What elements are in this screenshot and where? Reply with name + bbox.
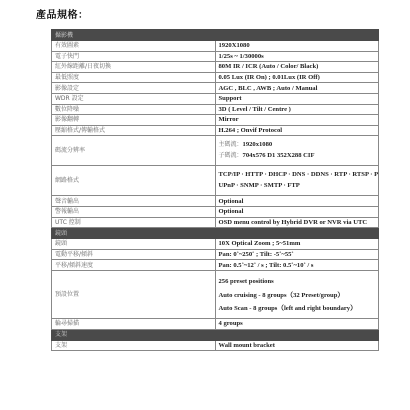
main-stream-line: 主碼流：1920x1080 xyxy=(219,140,376,151)
table-row: 碼流分辨率 主碼流：1920x1080 子碼流：704x576 D1 352X2… xyxy=(52,136,379,166)
table-row: 最低照度 0.05 Lux (IR On) ; 0.01Lux (IR Off) xyxy=(52,72,379,83)
table-row: 電子快門 1/25s ~ 1/30000s xyxy=(52,51,379,62)
spec-value: Support xyxy=(215,93,379,104)
spec-table: 攝影機 有效圖素 1920X1080 電子快門 1/25s ~ 1/30000s… xyxy=(51,29,379,351)
section-header-camera: 攝影機 xyxy=(52,30,379,41)
spec-label: 最低照度 xyxy=(52,72,216,83)
section-header-lens: 鏡頭 xyxy=(52,228,379,239)
spec-label: 影像設定 xyxy=(52,83,216,94)
spec-label: 支架 xyxy=(52,340,216,351)
spec-value: H.264 ; Onvif Protocol xyxy=(215,125,379,136)
spec-value: 3D ( Level / Tilt / Centre ) xyxy=(215,104,379,115)
spec-label: 紅外線距離/日夜切換 xyxy=(52,62,216,73)
spec-label: 警報輸出 xyxy=(52,206,216,217)
table-row: WDR 設定 Support xyxy=(52,93,379,104)
table-row: 聲音輸出 Optional xyxy=(52,196,379,207)
spec-label: 輪尋掃描 xyxy=(52,318,216,329)
table-row: 支架 Wall mount bracket xyxy=(52,340,379,351)
spec-label: 壓縮格式/傳輸格式 xyxy=(52,125,216,136)
spec-value: 1920X1080 xyxy=(215,41,379,52)
spec-label: 聲音輸出 xyxy=(52,196,216,207)
table-row: 輪尋掃描 4 groups xyxy=(52,318,379,329)
page-title: 產品規格： xyxy=(36,6,89,21)
spec-value: 0.05 Lux (IR On) ; 0.01Lux (IR Off) xyxy=(215,72,379,83)
spec-value: 256 preset positions Auto cruising - 8 g… xyxy=(215,270,379,318)
spec-value: Pan: 0.5˚~12˚ / s ; Tilt: 0.5˚~10˚ / s xyxy=(215,260,379,271)
spec-value: Mirror xyxy=(215,115,379,126)
section-title: 攝影機 xyxy=(52,30,379,41)
spec-value: 4 groups xyxy=(215,318,379,329)
spec-label: 預設位置 xyxy=(52,270,216,318)
spec-value: Pan: 0˚~250˚ ; Tilt: -5˚~55˚ xyxy=(215,249,379,260)
sub-stream-line: 子碼流：704x576 D1 352X288 CIF xyxy=(219,151,376,162)
spec-value: TCP/IP · HTTP · DHCP · DNS · DDNS · RTP … xyxy=(215,166,379,196)
spec-label: 鏡頭 xyxy=(52,239,216,250)
table-row: UTC 控制 OSD menu control by Hybrid DVR or… xyxy=(52,217,379,228)
spec-label: UTC 控制 xyxy=(52,217,216,228)
spec-label: 電子快門 xyxy=(52,51,216,62)
spec-label: 有效圖素 xyxy=(52,41,216,52)
table-row: 鏡頭 10X Optical Zoom ; 5~51mm xyxy=(52,239,379,250)
spec-value: 10X Optical Zoom ; 5~51mm xyxy=(215,239,379,250)
spec-value: 1/25s ~ 1/30000s xyxy=(215,51,379,62)
section-title: 鏡頭 xyxy=(52,228,379,239)
table-row: 電動平移/傾斜 Pan: 0˚~250˚ ; Tilt: -5˚~55˚ xyxy=(52,249,379,260)
spec-label: 碼流分辨率 xyxy=(52,136,216,166)
spec-value: Optional xyxy=(215,206,379,217)
table-row: 紅外線距離/日夜切換 80M IR / ICR (Auto / Color/ B… xyxy=(52,62,379,73)
spec-label: WDR 設定 xyxy=(52,93,216,104)
spec-value: 80M IR / ICR (Auto / Color/ Black) xyxy=(215,62,379,73)
spec-value: OSD menu control by Hybrid DVR or NVR vi… xyxy=(215,217,379,228)
section-title: 支架 xyxy=(52,329,379,340)
spec-value: AGC , BLC , AWB ; Auto / Manual xyxy=(215,83,379,94)
spec-value: Wall mount bracket xyxy=(215,340,379,351)
spec-value: Optional xyxy=(215,196,379,207)
table-row: 有效圖素 1920X1080 xyxy=(52,41,379,52)
table-row: 平移/傾斜速度 Pan: 0.5˚~12˚ / s ; Tilt: 0.5˚~1… xyxy=(52,260,379,271)
spec-label: 網路格式 xyxy=(52,166,216,196)
spec-value: 主碼流：1920x1080 子碼流：704x576 D1 352X288 CIF xyxy=(215,136,379,166)
spec-label: 影像翻轉 xyxy=(52,115,216,126)
spec-label: 電動平移/傾斜 xyxy=(52,249,216,260)
table-row: 壓縮格式/傳輸格式 H.264 ; Onvif Protocol xyxy=(52,125,379,136)
table-row: 警報輸出 Optional xyxy=(52,206,379,217)
table-row: 影像翻轉 Mirror xyxy=(52,115,379,126)
spec-label: 平移/傾斜速度 xyxy=(52,260,216,271)
table-row: 數位降噪 3D ( Level / Tilt / Centre ) xyxy=(52,104,379,115)
table-row: 預設位置 256 preset positions Auto cruising … xyxy=(52,270,379,318)
table-row: 網路格式 TCP/IP · HTTP · DHCP · DNS · DDNS ·… xyxy=(52,166,379,196)
table-row: 影像設定 AGC , BLC , AWB ; Auto / Manual xyxy=(52,83,379,94)
spec-label: 數位降噪 xyxy=(52,104,216,115)
section-header-bracket: 支架 xyxy=(52,329,379,340)
